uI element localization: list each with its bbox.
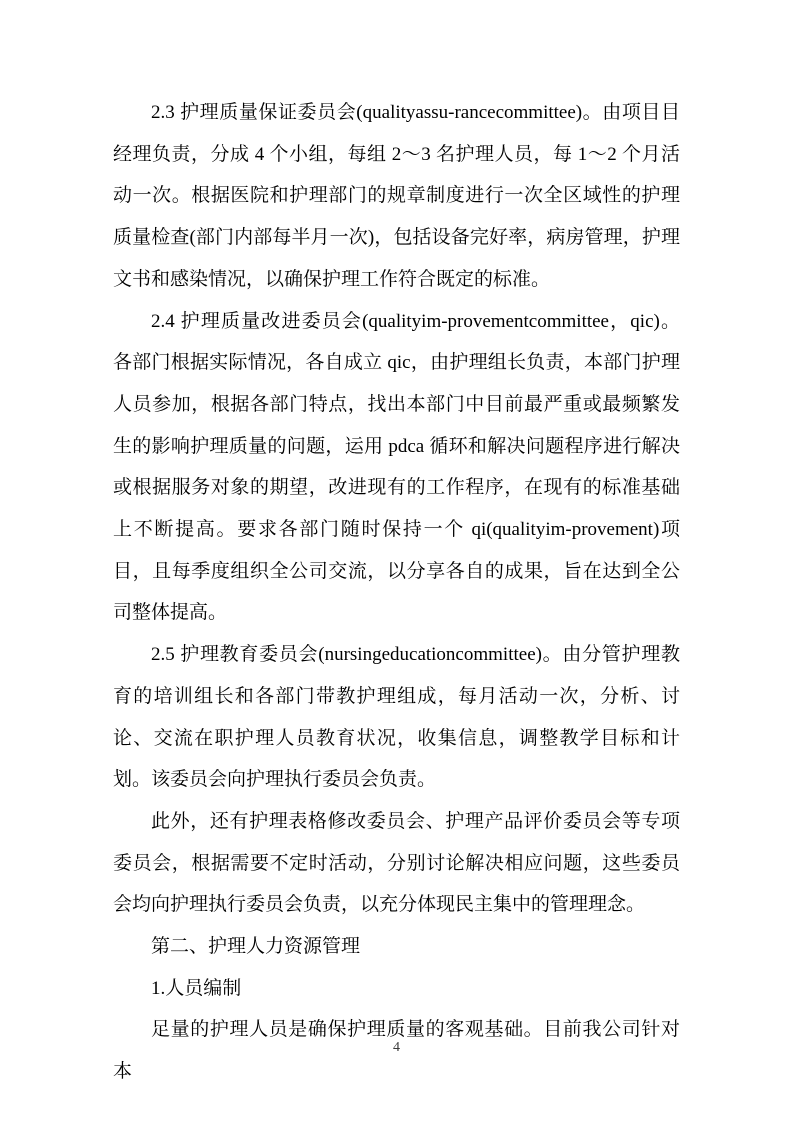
para-2-4-quality-improvement-committee: 2.4 护理质量改进委员会(qualityim-provementcommitt…	[113, 301, 680, 635]
heading-section-2-hr-management: 第二、护理人力资源管理	[113, 926, 680, 968]
page-number: 4	[393, 1040, 400, 1055]
para-2-5-nursing-education-committee: 2.5 护理教育委员会(nursingeducationcommittee)。由…	[113, 634, 680, 801]
document-page: 2.3 护理质量保证委员会(qualityassu-rancecommittee…	[0, 0, 793, 1122]
para-other-special-committees: 此外，还有护理表格修改委员会、护理产品评价委员会等专项委员会，根据需要不定时活动…	[113, 801, 680, 926]
document-body: 2.3 护理质量保证委员会(qualityassu-rancecommittee…	[113, 92, 680, 1093]
heading-1-staffing: 1.人员编制	[113, 968, 680, 1010]
page-footer: 4	[0, 1038, 793, 1057]
para-2-3-quality-assurance-committee: 2.3 护理质量保证委员会(qualityassu-rancecommittee…	[113, 92, 680, 301]
